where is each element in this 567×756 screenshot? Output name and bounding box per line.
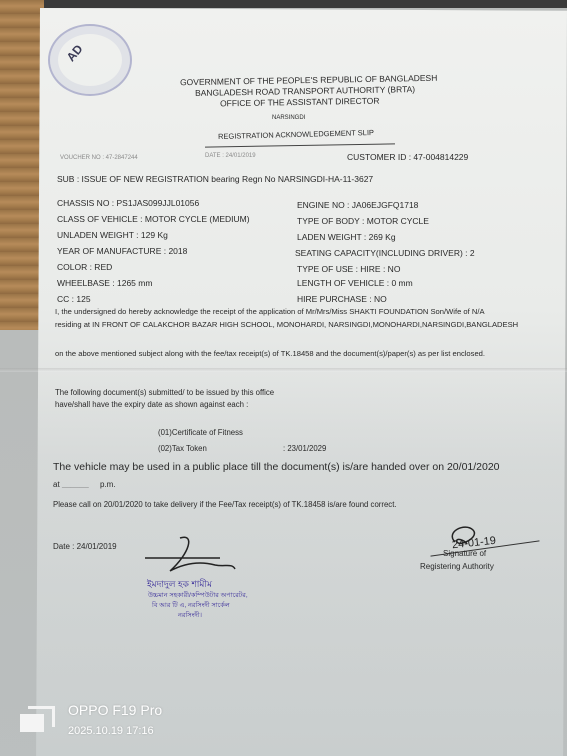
background-edge (0, 0, 567, 8)
wooden-table-background (0, 0, 44, 330)
documents-intro-2: have/shall have the expiry date as shown… (55, 400, 248, 409)
issue-date: DATE : 24/01/2019 (205, 153, 256, 159)
chassis-number: CHASSIS NO : PS1JAS099JJL01056 (57, 198, 199, 208)
unladen-weight: UNLADEN WEIGHT : 129 Kg (57, 230, 168, 240)
signature-label: Signature of (443, 549, 486, 558)
seating-capacity: SEATING CAPACITY(INCLUDING DRIVER) : 2 (295, 248, 475, 258)
customer-id: CUSTOMER ID : 47-004814229 (347, 152, 468, 162)
tax-token-expiry: : 23/01/2029 (283, 444, 326, 453)
laden-weight: LADEN WEIGHT : 269 Kg (297, 232, 396, 242)
hire-purchase: HIRE PURCHASE : NO (297, 294, 387, 304)
round-seal-stamp (48, 24, 132, 96)
vehicle-length: LENGTH OF VEHICLE : 0 mm (297, 278, 413, 288)
document-item-tax-token: (02)Tax Token (158, 444, 207, 453)
engine-cc: CC : 125 (57, 294, 91, 304)
acknowledgement-line-3: on the above mentioned subject along wit… (55, 349, 485, 358)
registering-authority-label: Registering Authority (420, 562, 494, 571)
camera-watermark-logo-icon (20, 706, 54, 734)
usage-notice: The vehicle may be used in a public plac… (53, 461, 500, 473)
officer-city-bangla: নরসিংদী। (178, 610, 202, 621)
engine-number: ENGINE NO : JA06EJGFQ1718 (297, 200, 418, 210)
delivery-notice: Please call on 20/01/2020 to take delive… (53, 500, 397, 509)
acknowledgement-line-2: residing at IN FRONT OF CALAKCHOR BAZAR … (55, 320, 518, 329)
year-of-manufacture: YEAR OF MANUFACTURE : 2018 (57, 246, 187, 256)
at-time-prefix: at (53, 480, 60, 489)
body-type: TYPE OF BODY : MOTOR CYCLE (297, 216, 429, 226)
type-of-use: TYPE OF USE : HIRE : NO (297, 264, 400, 274)
wheelbase: WHEELBASE : 1265 mm (57, 278, 152, 288)
paper-fold (0, 368, 567, 372)
vehicle-color: COLOR : RED (57, 262, 112, 272)
voucher-number: VOUCHER NO : 47-2847244 (60, 155, 138, 161)
camera-timestamp: 2025.10.19 17:16 (68, 725, 154, 737)
document-item-fitness: (01)Certificate of Fitness (158, 428, 243, 437)
header-office-location: NARSINGDI (272, 115, 305, 121)
subject-line: SUB : ISSUE OF NEW REGISTRATION bearing … (57, 174, 373, 184)
officer-signature (140, 533, 240, 578)
footer-date: Date : 24/01/2019 (53, 542, 117, 551)
documents-intro-1: The following document(s) submitted/ to … (55, 388, 274, 397)
vehicle-class: CLASS OF VEHICLE : MOTOR CYCLE (MEDIUM) (57, 214, 250, 224)
at-time-blank: ______ (62, 479, 89, 488)
at-time-suffix: p.m. (100, 480, 116, 489)
acknowledgement-line-1: I, the undersigned do hereby acknowledge… (55, 307, 485, 316)
camera-device-name: OPPO F19 Pro (68, 702, 162, 718)
